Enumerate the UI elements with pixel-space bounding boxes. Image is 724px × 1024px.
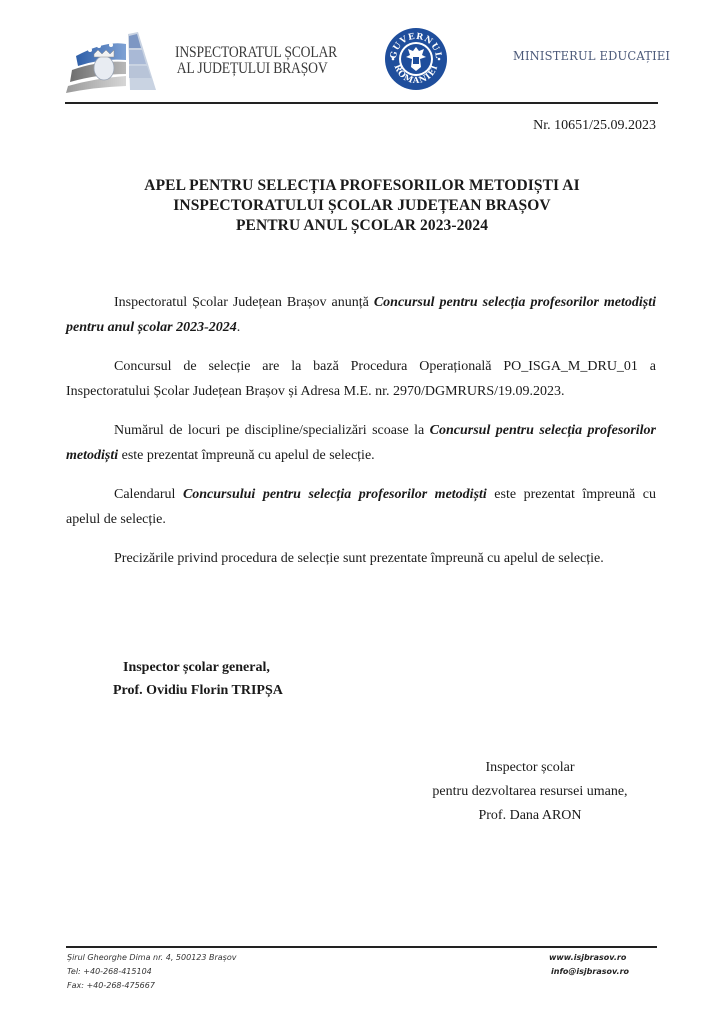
signature-role: Inspector școlar general, <box>113 656 283 679</box>
signature-general-inspector: Inspector școlar general, Prof. Ovidiu F… <box>113 656 283 702</box>
paragraph-procedure: Concursul de selecție are la bază Proced… <box>66 354 656 404</box>
footer-fax: Fax: +40-268-475667 <box>67 979 236 993</box>
title-line-3: PENTRU ANUL ȘCOLAR 2023-2024 <box>60 216 664 236</box>
header-divider <box>65 102 658 104</box>
footer-contact: Șirul Gheorghe Dima nr. 4, 500123 Brașov… <box>67 951 236 993</box>
footer-links: www.isjbrasov.ro info@isjbrasov.ro <box>549 951 629 979</box>
government-seal: GUVERNUL ROMÂNIEI <box>384 27 448 91</box>
signature-role-line2: pentru dezvoltarea resursei umane, <box>400 780 660 804</box>
document-title: APEL PENTRU SELECȚIA PROFESORILOR METODI… <box>60 176 664 236</box>
p4-text: Calendarul <box>114 487 183 502</box>
signature-name: Prof. Dana ARON <box>400 804 660 828</box>
footer-tel: Tel: +40-268-415104 <box>67 965 236 979</box>
isj-name-line1: INSPECTORATUL ȘCOLAR <box>175 45 337 61</box>
signature-role-line1: Inspector școlar <box>400 756 660 780</box>
signature-name: Prof. Ovidiu Florin TRIPȘA <box>113 679 283 702</box>
p3-text: Numărul de locuri pe discipline/speciali… <box>114 423 430 438</box>
footer-address: Șirul Gheorghe Dima nr. 4, 500123 Brașov <box>67 951 236 965</box>
p4-emphasis: Concursului pentru selecția profesorilor… <box>183 487 487 502</box>
isj-logo <box>66 30 166 94</box>
title-line-2: INSPECTORATULUI ȘCOLAR JUDEȚEAN BRAȘOV <box>60 196 664 216</box>
document-body: Inspectoratul Școlar Județean Brașov anu… <box>66 290 656 585</box>
footer-website-link[interactable]: www.isjbrasov.ro <box>549 953 626 962</box>
paragraph-announcement: Inspectoratul Școlar Județean Brașov anu… <box>66 290 656 340</box>
reference-number: Nr. 10651/25.09.2023 <box>533 118 656 134</box>
paragraph-positions: Numărul de locuri pe discipline/speciali… <box>66 418 656 468</box>
signature-hr-inspector: Inspector școlar pentru dezvoltarea resu… <box>400 756 660 828</box>
isj-name-line2: AL JUDEȚULUI BRAȘOV <box>175 61 337 77</box>
p1-text-end: . <box>237 320 241 335</box>
p3-text-end: este prezentat împreună cu apelul de sel… <box>118 448 375 463</box>
title-line-1: APEL PENTRU SELECȚIA PROFESORILOR METODI… <box>60 176 664 196</box>
isj-emblem-icon <box>66 30 166 94</box>
footer-email-link[interactable]: info@isjbrasov.ro <box>551 967 629 976</box>
p1-text: Inspectoratul Școlar Județean Brașov anu… <box>114 295 374 310</box>
isj-institution-name: INSPECTORATUL ȘCOLAR AL JUDEȚULUI BRAȘOV <box>175 45 337 77</box>
footer-divider <box>66 946 657 948</box>
paragraph-calendar: Calendarul Concursului pentru selecția p… <box>66 482 656 532</box>
ministry-name: MINISTERUL EDUCAȚIEI <box>513 48 670 63</box>
paragraph-details: Precizările privind procedura de selecți… <box>66 546 656 571</box>
government-seal-icon: GUVERNUL ROMÂNIEI <box>384 27 448 91</box>
